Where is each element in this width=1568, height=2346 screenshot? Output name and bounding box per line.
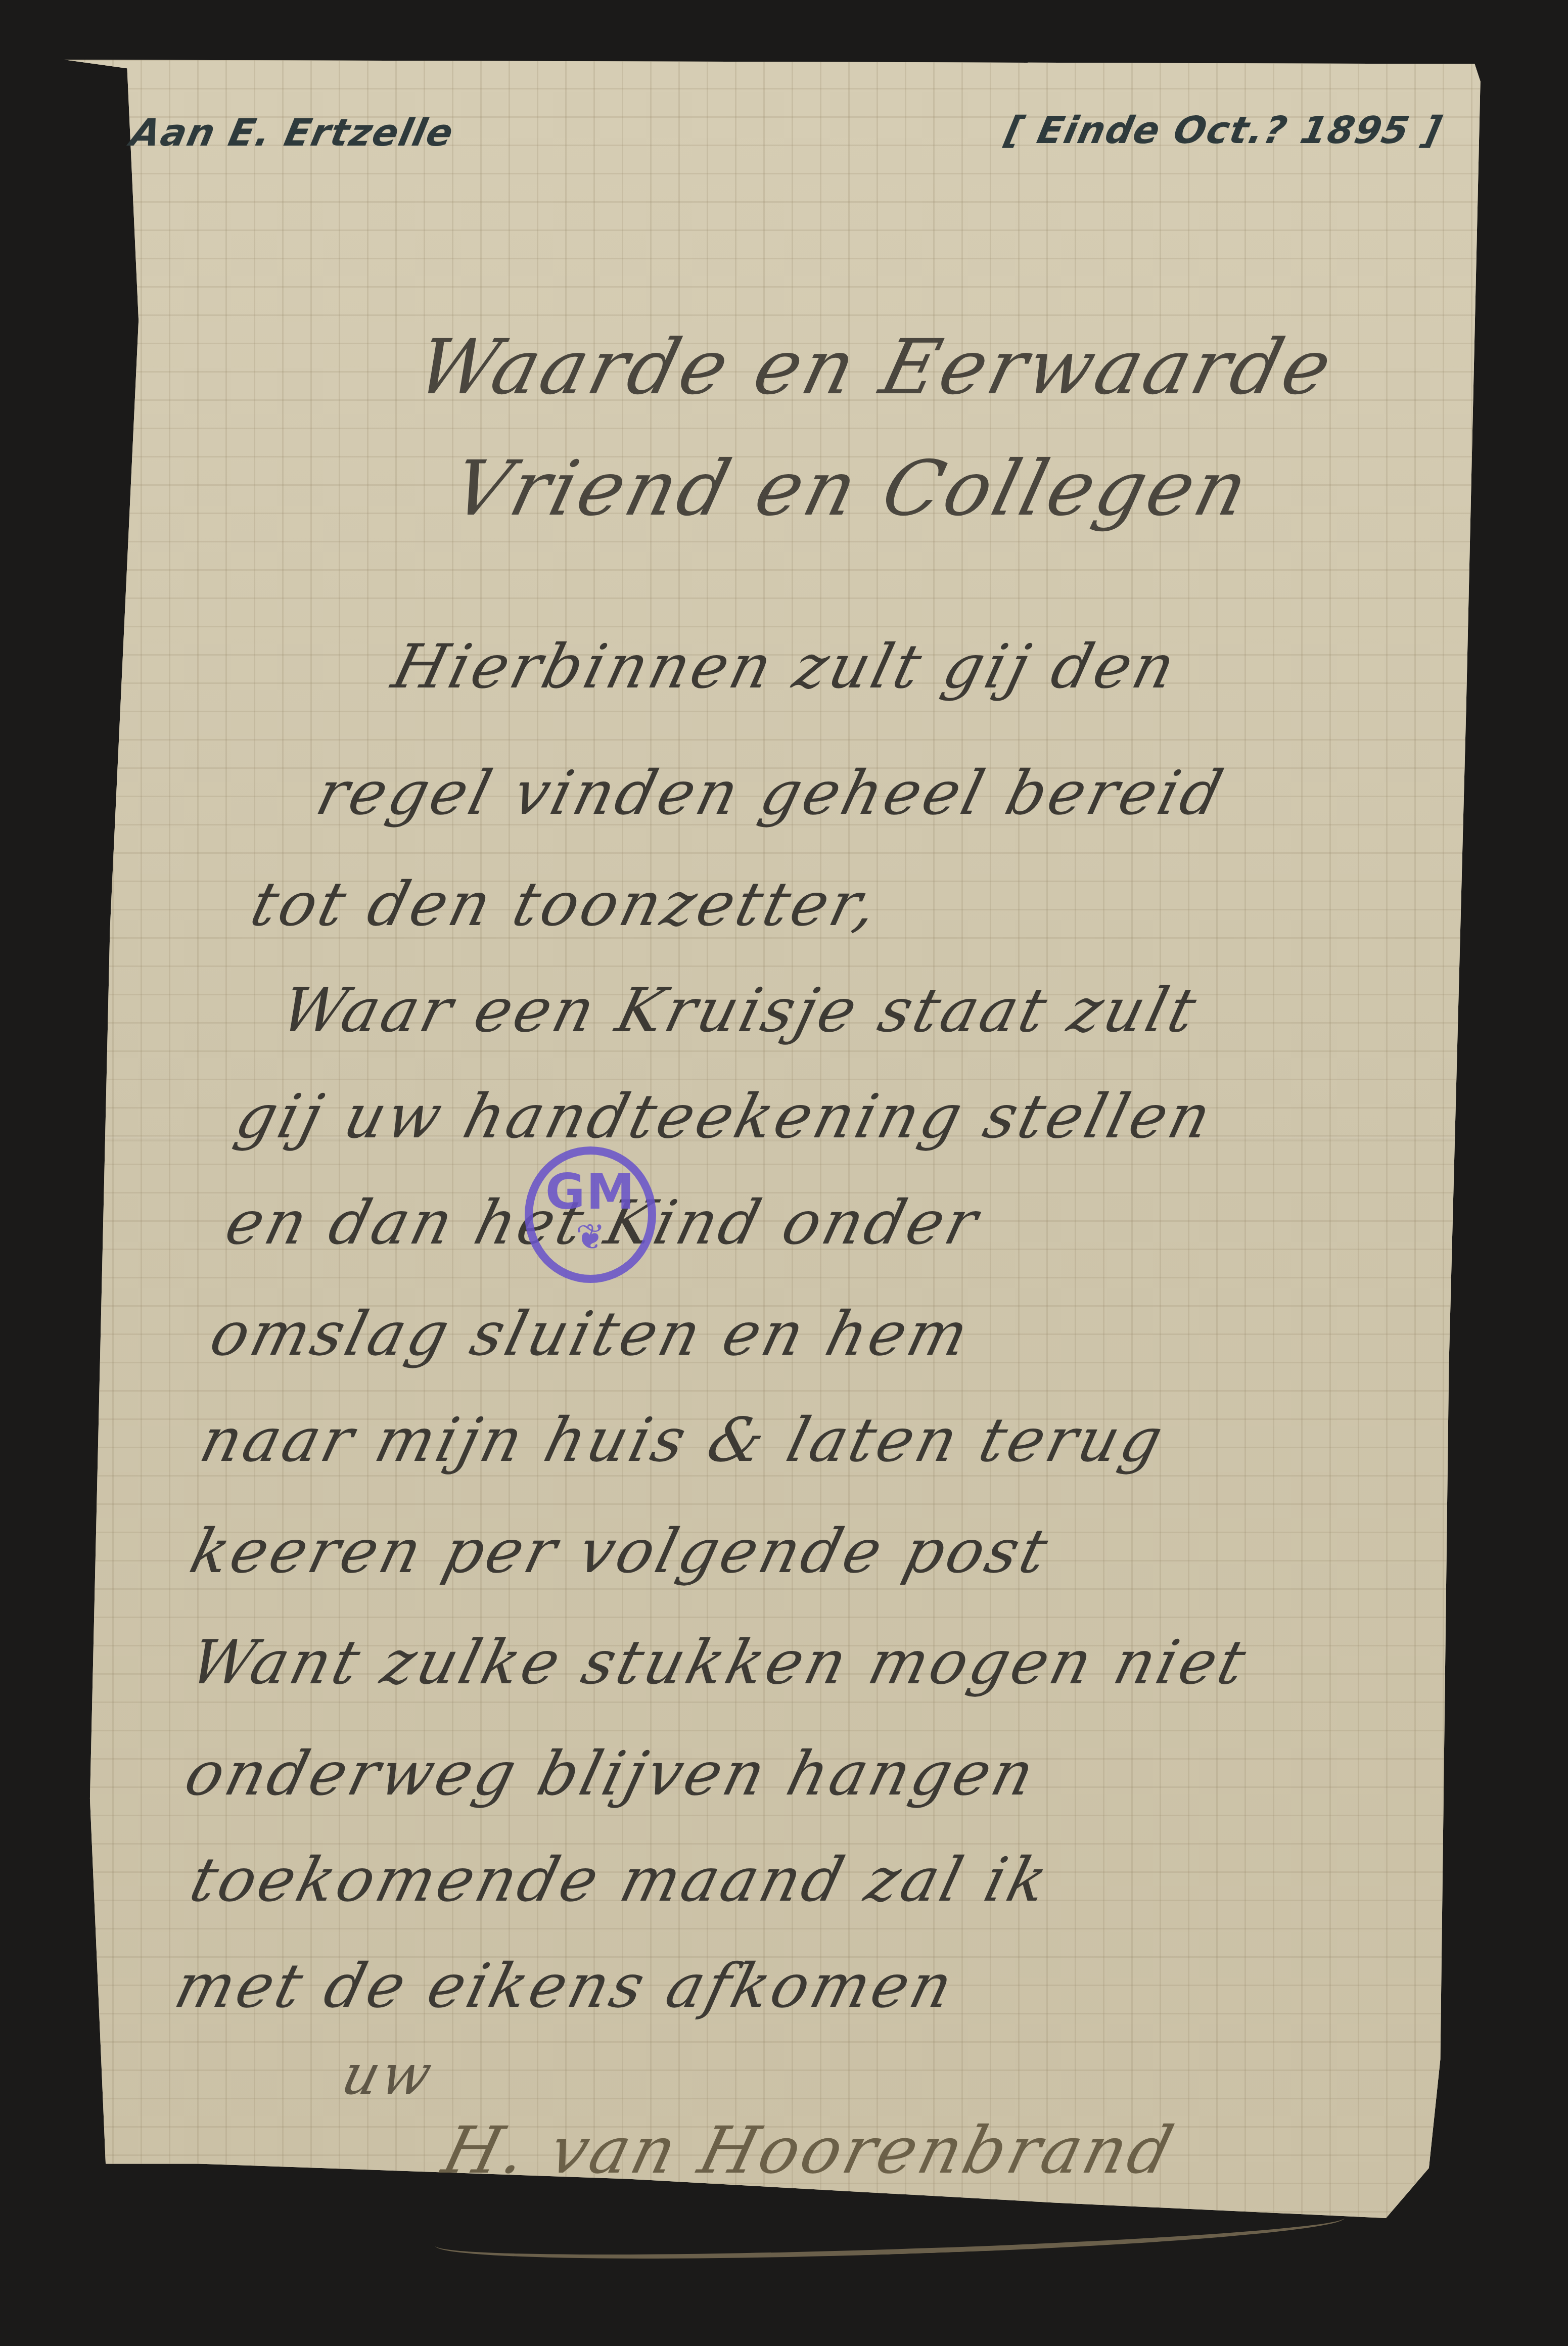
recipient-annotation: Aan E. Ertzelle — [127, 111, 458, 155]
salutation-line-1: Waarde en Eerwaarde — [408, 324, 1343, 411]
body-line: Waar een Kruisje staat zult — [274, 976, 1206, 1046]
body-line: keeren per volgende post — [183, 1516, 1057, 1587]
body-line: onderweg blijven hangen — [178, 1739, 1044, 1809]
body-line: Want zulke stukken mogen niet — [183, 1628, 1256, 1698]
collection-stamp: GM ❦ — [525, 1146, 656, 1283]
stamp-monogram: GM — [545, 1168, 635, 1216]
body-line: naar mijn huis & laten terug — [194, 1405, 1172, 1476]
body-line: regel vinden geheel bereid — [310, 758, 1232, 829]
salutation-line-2: Vriend en Collegen — [444, 445, 1259, 533]
body-line: omslag sluiten en hem — [204, 1299, 978, 1369]
body-line: toekomende maand zal ik — [183, 1845, 1057, 1915]
body-line: tot den toonzetter, — [244, 869, 888, 940]
bee-icon: ❦ — [576, 1219, 606, 1255]
body-line: Hierbinnen zult gij den — [386, 632, 1185, 702]
body-line: met de eikens afkomen — [168, 1951, 962, 2021]
date-annotation: [ Einde Oct.? 1895 ] — [1001, 109, 1446, 152]
signature: H. van Hoorenbrand — [435, 2113, 1183, 2188]
body-line: gij uw handteekening stellen — [229, 1082, 1221, 1152]
closing: uw — [336, 2042, 441, 2107]
